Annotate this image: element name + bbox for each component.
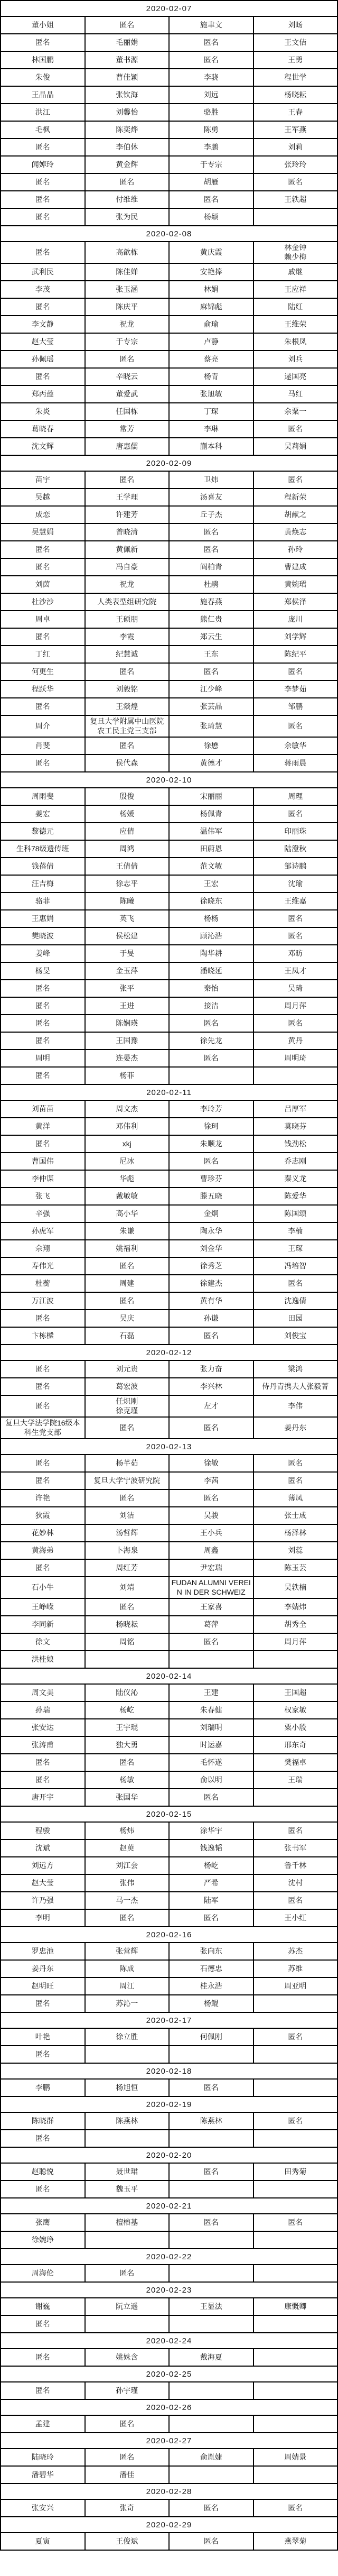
name-cell: 程跃华 — [1, 681, 86, 698]
name-cell: 寿伟光 — [1, 1258, 86, 1275]
table-row: 洪江刘馨怡骆胜王春 — [1, 104, 338, 122]
name-cell: 吴越 — [1, 489, 86, 507]
name-cell: 陆红 — [254, 299, 338, 316]
name-cell: 乔志刚 — [254, 1153, 338, 1171]
name-cell: 王维嘉 — [254, 893, 338, 910]
name-cell: 匿名 — [86, 1293, 170, 1310]
name-cell: 阎柏青 — [170, 559, 254, 576]
table-row: 周文美陆仪沁王建王国超 — [1, 1685, 338, 1702]
name-cell — [254, 2080, 338, 2097]
name-cell: 熊仁贵 — [170, 611, 254, 629]
name-cell: 毛丽娟 — [86, 34, 170, 52]
name-cell: 钱蓓倩 — [1, 858, 86, 876]
name-cell: 匿名 — [170, 2214, 254, 2232]
name-cell: 匿名 — [1, 755, 86, 772]
name-cell: 张钦海 — [86, 87, 170, 104]
date-header: 2020-02-11 — [1, 1085, 338, 1101]
name-cell: 闻婥玲 — [1, 157, 86, 174]
name-cell: 樊晓波 — [1, 928, 86, 945]
name-cell: 丁琛 — [170, 403, 254, 421]
name-cell: 马一杰 — [86, 1892, 170, 1910]
name-cell: 侍丹青携夫人张毅菁 — [254, 1378, 338, 1396]
name-cell: 戴敏敏 — [86, 1188, 170, 1206]
name-cell — [170, 2130, 254, 2148]
name-cell: 吴莉娟 — [254, 438, 338, 456]
table-row: 花妙林汤哲辉王小兵杨泽林 — [1, 1525, 338, 1542]
name-cell: 匿名 — [86, 664, 170, 681]
name-cell: 康慨卿 — [254, 2298, 338, 2316]
name-cell: 匿名 — [1, 1995, 86, 2013]
table-row: 赵大莹于专宗卢静朱根凤 — [1, 334, 338, 351]
table-row: 唐开宇张国华匿名 — [1, 1789, 338, 1807]
name-cell: 匿名 — [86, 1418, 170, 1439]
name-cell: 曹佳颖 — [86, 69, 170, 87]
table-row: 张涛甫独大勇时运嘉邢东奇 — [1, 1737, 338, 1754]
table-row: 匿名张为民杨颖 — [1, 209, 338, 226]
name-cell: 辛强 — [1, 1206, 86, 1223]
name-cell: 戚继 — [254, 264, 338, 281]
name-cell: 徐文 — [1, 1634, 86, 1651]
name-cell: 叶艳 — [1, 2029, 86, 2046]
name-cell: 匿名 — [1, 1754, 86, 1772]
name-cell: 黄婉珺 — [254, 576, 338, 594]
name-cell: 李玲芳 — [170, 1101, 254, 1118]
name-cell: 匿名 — [86, 17, 170, 34]
table-row: 朱炎任国栋丁琛余粟一 — [1, 403, 338, 421]
table-row: 匿名任炽刚 徐克瑾左才李伟 — [1, 1396, 338, 1418]
name-cell: 匿名 — [86, 738, 170, 755]
name-cell: 杨芊茹 — [86, 1455, 170, 1473]
name-cell: 石德忠 — [170, 1961, 254, 1978]
table-row: 匿名王国豫徐先龙黄丹 — [1, 1033, 338, 1050]
name-cell: 金炯 — [170, 1206, 254, 1223]
name-cell: 孙瑞 — [1, 1702, 86, 1719]
name-cell: 匿名 — [254, 2113, 338, 2130]
name-cell: 王学理 — [86, 489, 170, 507]
name-cell: 李梦茹 — [254, 681, 338, 698]
name-cell: 纪慧诚 — [86, 646, 170, 664]
table-row: 李明匿名匿名王小红 — [1, 1910, 338, 1927]
name-cell: 吴轶楠 — [254, 1577, 338, 1599]
name-cell: 匿名 — [1, 1455, 86, 1473]
name-cell: 赵明旺 — [1, 1978, 86, 1995]
name-cell: 匿名 — [1, 2046, 86, 2064]
name-cell: 宋丽丽 — [170, 788, 254, 806]
name-cell: 胡雁 — [170, 174, 254, 191]
table-row: 肖斐匿名徐懋余敏华 — [1, 738, 338, 755]
name-cell: 匿名 — [1, 2316, 86, 2333]
table-row: 钱蓓倩王倩倩范文敏邹诗鹏 — [1, 858, 338, 876]
name-cell: 胡献之 — [254, 507, 338, 524]
name-cell: xkj — [86, 1136, 170, 1153]
name-cell: 印丽珠 — [254, 823, 338, 841]
name-cell: 匿名 — [170, 1328, 254, 1345]
table-row: 许乃强马一杰陆军匿名 — [1, 1892, 338, 1910]
name-cell: 庞川 — [254, 611, 338, 629]
name-cell: 俞胤婕 — [170, 2449, 254, 2467]
table-row: 陈晓群陈燕林陈燕林匿名 — [1, 2113, 338, 2130]
table-row: 毛枫陈奕烨陈勇王军燕 — [1, 122, 338, 139]
table-row: 李仲谋华彪曹珍芬秦义龙 — [1, 1171, 338, 1188]
table-row: 寿伟光匿名徐秀芝冯培智 — [1, 1258, 338, 1275]
name-cell: 张玲玲 — [254, 157, 338, 174]
name-cell: 匿名 — [1, 299, 86, 316]
date-header: 2020-02-19 — [1, 2097, 338, 2113]
name-cell: 匿名 — [1, 980, 86, 998]
table-row: 董小姐匿名施聿文刘旸 — [1, 17, 338, 34]
table-row: 黄海弟卜海泉周鑫刘蕊 — [1, 1542, 338, 1560]
name-cell: 滕五晓 — [170, 1188, 254, 1206]
name-cell: 邹诗鹏 — [254, 858, 338, 876]
name-cell: 吴骏 — [170, 1507, 254, 1525]
name-cell — [254, 2130, 338, 2148]
name-cell: 胡秀全 — [254, 1616, 338, 1634]
name-cell: 殷俊 — [86, 788, 170, 806]
table-row: 张飞戴敏敏滕五晓陈爱华 — [1, 1188, 338, 1206]
table-row: 王惠娟英飞杨杨匿名 — [1, 910, 338, 928]
name-cell: 刘学辉 — [254, 629, 338, 646]
name-cell: 匿名 — [254, 2214, 338, 2232]
table-row: 周明连晏杰匿名周明琦 — [1, 1050, 338, 1068]
name-cell: 黄佩新 — [86, 541, 170, 559]
name-cell: 卢静 — [170, 334, 254, 351]
table-row: 李文静祝龙俞瑜王维荣 — [1, 316, 338, 334]
table-row: 苗宇匿名卫炜匿名 — [1, 472, 338, 489]
name-cell — [254, 2349, 338, 2367]
name-cell: 孙宇瑾 — [86, 2382, 170, 2400]
name-cell: 冯自豪 — [86, 559, 170, 576]
name-cell: 匿名 — [254, 1455, 338, 1473]
name-cell: 王凤才 — [254, 963, 338, 980]
table-row: 张鹰檀榕基匿名匿名 — [1, 2214, 338, 2232]
table-row: 赵大莹张伟严希沈村 — [1, 1875, 338, 1892]
name-cell: 李伯休 — [86, 139, 170, 157]
table-row: 叶艳徐立胜何佩刚匿名 — [1, 2029, 338, 2046]
date-header: 2020-02-23 — [1, 2283, 338, 2298]
name-cell: 张安达 — [1, 1719, 86, 1737]
name-cell: 复旦大学宁波研究院 — [86, 1473, 170, 1490]
table-row: 郑丙莲董爱武张旭敏马红 — [1, 386, 338, 403]
table-row: 匿名陈庆平麻锦彪陆红 — [1, 299, 338, 316]
name-cell: 江少峰 — [170, 681, 254, 698]
table-row: 佘翔姚福利刘金华王琛 — [1, 1240, 338, 1258]
name-cell: 程世学 — [254, 69, 338, 87]
name-cell: 匿名 — [1, 1361, 86, 1378]
name-cell: 匿名 — [1, 191, 86, 209]
name-cell: 武利民 — [1, 264, 86, 281]
name-cell: 王琛 — [254, 1240, 338, 1258]
name-cell: 骆菲 — [1, 893, 86, 910]
name-cell — [170, 2181, 254, 2198]
name-cell: 蔡亮 — [170, 351, 254, 369]
date-header: 2020-02-22 — [1, 2249, 338, 2265]
name-cell: 葛萍 — [170, 1616, 254, 1634]
date-header: 2020-02-27 — [1, 2433, 338, 2449]
name-cell: 吴慧娟 — [1, 524, 86, 541]
table-row: 程骏杨炜涂华宇匿名 — [1, 1823, 338, 1840]
name-cell: 张伟 — [86, 1875, 170, 1892]
name-cell: 李婧炜 — [254, 1599, 338, 1616]
name-cell: 石磊 — [86, 1328, 170, 1345]
name-cell: 周理 — [254, 788, 338, 806]
name-cell: 周海伦 — [1, 2265, 86, 2283]
name-cell — [86, 2130, 170, 2148]
name-cell: 匿名 — [170, 664, 254, 681]
name-cell: 陈国颂 — [254, 1206, 338, 1223]
name-cell: 王家喜 — [170, 1599, 254, 1616]
name-cell: 沈瑜 — [254, 876, 338, 893]
name-cell: 余敏华 — [254, 738, 338, 755]
name-cell: 董爱武 — [86, 386, 170, 403]
name-cell: 匿名 — [86, 1490, 170, 1507]
name-cell: 张营辉 — [86, 1943, 170, 1961]
table-row: 徐文周铭匿名周月萍 — [1, 1634, 338, 1651]
name-cell: 丁红 — [1, 646, 86, 664]
name-cell — [254, 2265, 338, 2283]
name-cell: 黄海弟 — [1, 1542, 86, 1560]
name-cell — [170, 2232, 254, 2249]
table-row: 孙瑞杨屹朱春健权家敏 — [1, 1702, 338, 1719]
table-row: 周海伦匿名 — [1, 2265, 338, 2283]
table-row: 匿名姚姝含戴海夏 — [1, 2349, 338, 2367]
name-cell: 陆仪沁 — [86, 1685, 170, 1702]
table-row: 匿名复旦大学宁波研究院李茜匿名 — [1, 1473, 338, 1490]
name-cell: 施春燕 — [170, 594, 254, 611]
name-cell: 杨鲲 — [170, 1995, 254, 2013]
table-row: 匿名孙宇瑾 — [1, 2382, 338, 2400]
table-row: 匿名辛晓云杨青逯国亮 — [1, 369, 338, 386]
date-header: 2020-02-29 — [1, 2517, 338, 2533]
table-row: 匿名匿名胡雁匿名 — [1, 174, 338, 191]
table-row: 匿名毛丽娟匿名王文佶 — [1, 34, 338, 52]
name-cell: 麻锦彪 — [170, 299, 254, 316]
table-row: 李茂张玉涵林娟王应祥 — [1, 281, 338, 299]
name-cell: 王春 — [254, 104, 338, 122]
name-cell: 刘远方 — [1, 1857, 86, 1875]
table-row: 匿名魏玉平 — [1, 2181, 338, 2198]
name-cell: 匿名 — [86, 2449, 170, 2467]
name-cell: 匿名 — [254, 421, 338, 438]
table-row: 匿名xkj朱顺龙钱劲松 — [1, 1136, 338, 1153]
name-cell: 王小兵 — [170, 1525, 254, 1542]
name-cell: 张向东 — [170, 1943, 254, 1961]
name-cell: 周明 — [1, 1050, 86, 1068]
table-row: 匿名杨芊茹徐敏匿名 — [1, 1455, 338, 1473]
name-cell: 匿名 — [1, 1560, 86, 1577]
name-cell: 匿名 — [1, 34, 86, 52]
name-cell: 匿名 — [1, 1396, 86, 1418]
name-cell: 丘子杰 — [170, 507, 254, 524]
name-cell: 英飞 — [86, 910, 170, 928]
date-header: 2020-02-28 — [1, 2484, 338, 2500]
name-cell: 匿名 — [1, 1473, 86, 1490]
name-cell: 金玉萍 — [86, 963, 170, 980]
date-header: 2020-02-10 — [1, 772, 338, 788]
name-cell: 顾沁浩 — [170, 928, 254, 945]
date-header: 2020-02-09 — [1, 456, 338, 472]
table-row: 何更生匿名匿名匿名 — [1, 664, 338, 681]
name-cell: 常芳 — [86, 421, 170, 438]
name-cell: 程新荣 — [254, 489, 338, 507]
name-cell: 刘江会 — [86, 1857, 170, 1875]
name-cell: 李楠 — [254, 1223, 338, 1240]
table-row: 姜宏杨媛杨佩青匿名 — [1, 806, 338, 823]
name-cell: 陈纪平 — [254, 646, 338, 664]
name-cell: 李骁 — [170, 69, 254, 87]
table-row: 周介复旦大学附属中山医院农工民主党三支部张琦慧匿名 — [1, 716, 338, 738]
table-row: 卞栋樑石磊匿名刘俊宝 — [1, 1328, 338, 1345]
table-row: 许艳匿名匿名薄凤 — [1, 1490, 338, 1507]
name-cell: 匿名 — [170, 191, 254, 209]
name-cell: 石小牛 — [1, 1577, 86, 1599]
name-cell: 匿名 — [254, 1275, 338, 1293]
name-cell: 匿名 — [170, 2500, 254, 2517]
date-header: 2020-02-14 — [1, 1669, 338, 1685]
name-cell: 陈燕林 — [86, 2113, 170, 2130]
name-cell: 匿名 — [1, 1068, 86, 1085]
name-cell: 刘俊宝 — [254, 1328, 338, 1345]
table-row: 匿名王进接洁周月萍 — [1, 998, 338, 1015]
table-row: 王峥嵘匿名王家喜李婧炜 — [1, 1599, 338, 1616]
table-row: 匿名黄佩新匿名孙玲 — [1, 541, 338, 559]
name-cell: 王进 — [86, 998, 170, 1015]
name-cell: 复旦大学附属中山医院农工民主党三支部 — [86, 716, 170, 738]
name-cell: 徐敏 — [170, 1455, 254, 1473]
name-cell — [170, 2316, 254, 2333]
name-cell: 周鸿 — [86, 841, 170, 858]
name-cell: 生科78级遗传班 — [1, 841, 86, 858]
name-cell: 杜鹃 — [170, 576, 254, 594]
table-row: 匿名 — [1, 2046, 338, 2064]
name-cell: 徐晓东 — [170, 893, 254, 910]
name-cell: 匿名 — [1, 2181, 86, 2198]
name-cell: 徐建杰 — [170, 1275, 254, 1293]
name-cell: 赵聪悦 — [1, 2164, 86, 2181]
name-cell: 徐志平 — [86, 876, 170, 893]
donor-name-table: 2020-02-07董小姐匿名施聿文刘旸匿名毛丽娟匿名王文佶林国鹏董书源匿名王勇… — [0, 0, 338, 2551]
name-cell: 徐懋 — [170, 738, 254, 755]
name-cell: 周月萍 — [254, 1634, 338, 1651]
name-cell: 林国鹏 — [1, 52, 86, 69]
name-cell: 应倩 — [86, 823, 170, 841]
table-row: 匿名高歆栋黄庆霞林金钟 赖少梅 — [1, 242, 338, 264]
name-cell: 邓伟利 — [86, 1118, 170, 1136]
table-row: 李鹏杨旭恒匿名 — [1, 2080, 338, 2097]
name-cell: 匿名 — [1, 2349, 86, 2367]
name-cell: 孙虎军 — [1, 1223, 86, 1240]
name-cell: 徐立胜 — [86, 2029, 170, 2046]
table-row: 潘碧华潘佳 — [1, 2467, 338, 2484]
name-cell: 独大勇 — [86, 1737, 170, 1754]
name-cell: 黎德元 — [1, 823, 86, 841]
name-cell: 匿名 — [170, 1418, 254, 1439]
name-cell: 徐珂 — [170, 1118, 254, 1136]
name-cell: 沈文辉 — [1, 438, 86, 456]
name-cell — [86, 2046, 170, 2064]
name-cell: 匿名 — [1, 2382, 86, 2400]
name-cell: 洪桂娘 — [1, 1651, 86, 1669]
table-row: 王晶晶张钦海刘远杨晓耘 — [1, 87, 338, 104]
name-cell: 燕翠菊 — [254, 2533, 338, 2551]
name-cell: 王峥嵘 — [1, 1599, 86, 1616]
name-cell — [86, 2232, 170, 2249]
name-cell: 孙谦 — [170, 1310, 254, 1328]
table-row: 刘远方刘江会杨屹鲁千林 — [1, 1857, 338, 1875]
name-cell: 马红 — [254, 386, 338, 403]
name-cell: 刘苗苗 — [1, 1101, 86, 1118]
name-cell: 连晏杰 — [86, 1050, 170, 1068]
name-cell: 接洁 — [170, 998, 254, 1015]
name-cell: 匿名 — [170, 541, 254, 559]
name-cell: 曹建成 — [254, 559, 338, 576]
name-cell: 钱劲松 — [254, 1136, 338, 1153]
table-row: 匿名苏沁一杨鲲 — [1, 1995, 338, 2013]
name-cell: 苏杰 — [254, 1943, 338, 1961]
name-cell: 沈斌 — [1, 1840, 86, 1857]
name-cell: 成恋 — [1, 507, 86, 524]
date-header: 2020-02-16 — [1, 1927, 338, 1943]
table-row: 姜丹东陈成石德忠苏维 — [1, 1961, 338, 1978]
name-cell: 樊福卓 — [254, 1754, 338, 1772]
table-row: 赵聪悦聂世珺匿名田秀菊 — [1, 2164, 338, 2181]
name-cell: 匿名 — [86, 2265, 170, 2283]
table-row: 陆晓玲匿名俞胤婕周婧景 — [1, 2449, 338, 2467]
name-cell: 陶永华 — [170, 1223, 254, 1240]
name-cell: 毛枫 — [1, 122, 86, 139]
name-cell: 刘洁 — [86, 1507, 170, 1525]
name-cell: 魏玉平 — [86, 2181, 170, 2198]
name-cell: 王宏 — [170, 876, 254, 893]
name-cell: 周铭 — [86, 1634, 170, 1651]
name-cell: 姜丹东 — [1, 1961, 86, 1978]
name-cell: 刘旸 — [254, 17, 338, 34]
name-cell: 曹珍芬 — [170, 1171, 254, 1188]
name-cell: 陆军 — [170, 1892, 254, 1910]
name-cell: 朱俊 — [1, 69, 86, 87]
table-row: 匿名陈娴瑛匿名匿名 — [1, 1015, 338, 1033]
table-row: 汪吉梅徐志平王宏沈瑜 — [1, 876, 338, 893]
name-cell: 卜海泉 — [86, 1542, 170, 1560]
name-cell: 许乃强 — [1, 1892, 86, 1910]
table-row: 吴越王学理汤喜友程新荣 — [1, 489, 338, 507]
table-row: 匿名 — [1, 2130, 338, 2148]
name-cell: 汤喜友 — [170, 489, 254, 507]
name-cell: 匿名 — [86, 2416, 170, 2433]
name-cell: 王文佶 — [254, 34, 338, 52]
name-cell: 匿名 — [170, 1015, 254, 1033]
name-cell: 王俊斌 — [86, 2533, 170, 2551]
name-cell: 匿名 — [1, 139, 86, 157]
table-row: 樊晓波侯松建顾沁浩匿名 — [1, 928, 338, 945]
name-cell: 杨泽林 — [254, 1525, 338, 1542]
name-cell — [170, 2046, 254, 2064]
name-cell: 张力奋 — [170, 1361, 254, 1378]
name-cell: 吴琦 — [254, 980, 338, 998]
table-row: 匿名张平秦怡吴琦 — [1, 980, 338, 998]
name-cell: 葛宏波 — [86, 1378, 170, 1396]
name-cell: 张涛甫 — [1, 1737, 86, 1754]
name-cell: 陈庆平 — [86, 299, 170, 316]
table-row: 洪桂娘 — [1, 1651, 338, 1669]
table-row: 匿名侯代森黄德才蒋雨晨 — [1, 755, 338, 772]
name-cell: 周雨斐 — [1, 788, 86, 806]
date-header: 2020-02-18 — [1, 2064, 338, 2080]
table-row: 匿名吴庆孙谦田园 — [1, 1310, 338, 1328]
name-cell: 匿名 — [170, 52, 254, 69]
name-cell — [254, 2467, 338, 2484]
name-cell: 苗宇 — [1, 472, 86, 489]
name-cell: 周文美 — [1, 1685, 86, 1702]
